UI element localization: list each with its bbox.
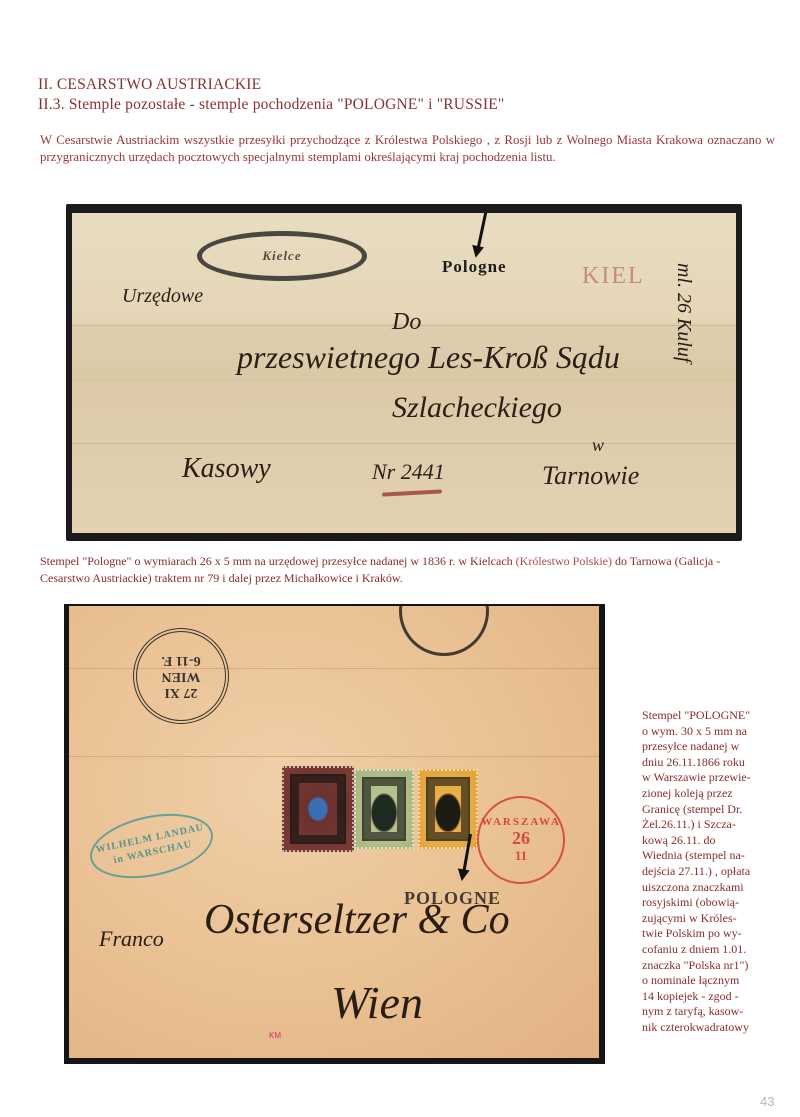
letter1-address-line: w (592, 435, 604, 456)
letter1-red-mark (382, 489, 442, 496)
warszawa-postmark: WARSZAWA 26 11 (477, 796, 565, 884)
four-square-cancel (362, 777, 406, 841)
letter2-franco-note: Franco (99, 926, 164, 952)
letter1-address-line: Szlacheckiego (392, 391, 562, 425)
section-title: II. CESARSTWO AUSTRIACKIE (38, 76, 261, 94)
letter1-fold-line (72, 443, 736, 444)
letter1-pologne-stamp: Pologne (442, 257, 507, 277)
postage-stamp-3-kop (354, 769, 414, 849)
letter1-oval-stamp: Kielce (197, 231, 367, 281)
wien-postmark-time: 6-11 F. (161, 652, 200, 668)
letter1-address-line: Tarnowie (542, 461, 639, 491)
caption1-text: Stempel "Pologne" o wymiarach 26 x 5 mm … (40, 554, 516, 568)
letter1-side-note: ml. 26 Kuluf (672, 263, 695, 362)
letter2-image: 27 XI WIEN 6-11 F. WILHELM LANDAU in WAR… (69, 606, 599, 1058)
letter1-red-postmark: KIEL (582, 263, 645, 290)
four-square-cancel (290, 774, 346, 844)
subsection-title: II.3. Stemple pozostałe - stemple pochod… (38, 96, 504, 114)
warszawa-postmark-day: 26 (512, 828, 530, 848)
sender-oval-stamp: WILHELM LANDAU in WARSCHAU (84, 804, 219, 889)
wien-arrival-postmark: 27 XI WIEN 6-11 F. (133, 628, 229, 724)
letter2-caption: Stempel "POLOGNE" o wym. 30 x 5 mm na pr… (642, 708, 782, 1035)
caption1-highlight: (Królestwo Polskie) (516, 554, 612, 568)
pencil-mark: KM (269, 1031, 281, 1040)
letter1-image: Kielce Pologne KIEL Urzędowe Do przeswie… (72, 213, 736, 533)
wien-postmark-city: WIEN (162, 668, 201, 684)
wien-postmark-date: 27 XI (164, 684, 197, 700)
page-number: 43 (760, 1094, 774, 1109)
letter1-caption: Stempel "Pologne" o wymiarach 26 x 5 mm … (40, 553, 770, 587)
letter1-registration-number: Nr 2441 (372, 459, 445, 485)
partial-postmark (399, 606, 489, 656)
letter2-fold-line (69, 756, 599, 757)
postage-stamp-10-kop (282, 766, 354, 852)
intro-paragraph: W Cesarstwie Austriackim wszystkie przes… (40, 132, 775, 165)
letter1-address-line: Do (392, 309, 421, 336)
letter2-address-line: Osterseltzer & Co (204, 896, 510, 944)
letter2-address-line: Wien (331, 976, 423, 1029)
letter1-address-line: przeswietnego Les-Kroß Sądu (237, 339, 620, 376)
arrow-down-icon (476, 213, 488, 252)
letter1-sender-note: Kasowy (182, 453, 271, 485)
letter1-left-note: Urzędowe (122, 285, 203, 308)
four-square-cancel (426, 777, 470, 841)
warszawa-postmark-month: 11 (515, 848, 527, 864)
warszawa-postmark-city: WARSZAWA (481, 816, 561, 828)
